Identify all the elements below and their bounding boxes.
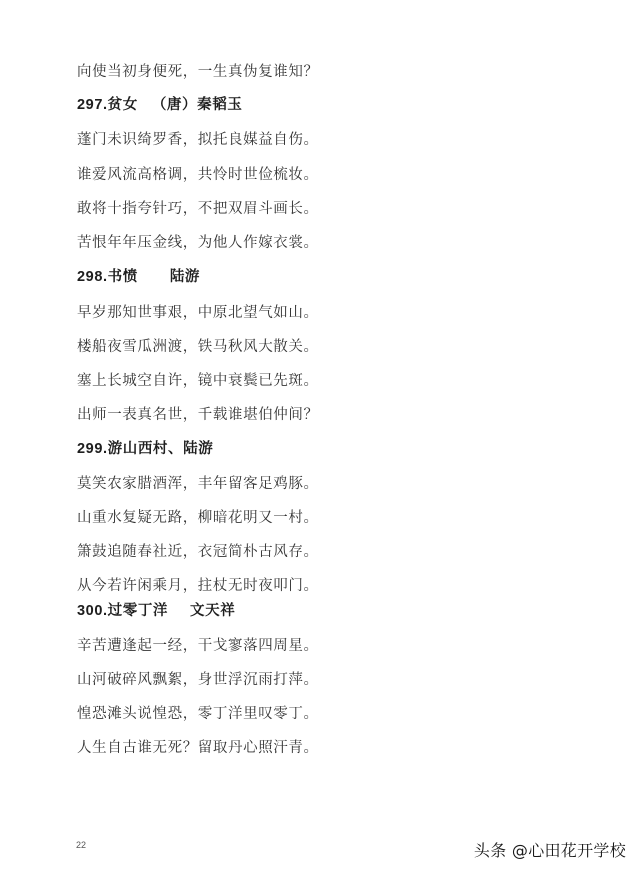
watermark: 头条 @心田花开学校 <box>474 838 626 861</box>
poem-verse-line: 从今若许闲乘月，拄杖无时夜叩门。 <box>77 576 319 596</box>
poem-author: 文天祥 <box>190 602 235 619</box>
poem-verse-line: 惶恐滩头说惶恐，零丁洋里叹零丁。 <box>77 704 319 724</box>
poem-title-text: 书愤 <box>108 268 138 285</box>
poem-number: 299. <box>77 441 108 457</box>
poem-number: 297. <box>77 97 108 113</box>
poem-author: （唐）秦韬玉 <box>152 96 243 113</box>
poem-verse-line: 蓬门未识绮罗香，拟托良媒益自伤。 <box>77 130 319 150</box>
poem-title-text: 游山西村、陆游 <box>108 440 214 457</box>
poem-verse-line: 楼船夜雪瓜洲渡，铁马秋风大散关。 <box>77 337 319 357</box>
poem-verse-line: 谁爱风流高格调，共怜时世俭梳妆。 <box>77 165 319 185</box>
poem-number: 300. <box>77 603 108 619</box>
poem-verse-line: 早岁那知世事艰，中原北望气如山。 <box>77 303 319 323</box>
poem-title: 300.过零丁洋文天祥 <box>77 601 235 621</box>
page-number: 22 <box>76 840 86 850</box>
document-page: 向使当初身便死，一生真伪复谁知？297.贫女（唐）秦韬玉蓬门未识绮罗香，拟托良媒… <box>0 0 640 872</box>
poem-verse-line: 敢将十指夸针巧，不把双眉斗画长。 <box>77 199 319 219</box>
poem-verse-line: 塞上长城空自许，镜中衰鬓已先斑。 <box>77 371 319 391</box>
poem-verse-line: 出师一表真名世，千载谁堪伯仲间？ <box>77 405 319 425</box>
poem-verse-line: 辛苦遭逢起一经，干戈寥落四周星。 <box>77 636 319 656</box>
poem-number: 298. <box>77 269 108 285</box>
poem-verse-line: 山重水复疑无路，柳暗花明又一村。 <box>77 508 319 528</box>
poem-verse-line: 向使当初身便死，一生真伪复谁知？ <box>77 62 319 82</box>
poem-title: 297.贫女（唐）秦韬玉 <box>77 95 242 115</box>
poem-title: 298.书愤陆游 <box>77 267 200 287</box>
poem-verse-line: 苦恨年年压金线，为他人作嫁衣裳。 <box>77 233 319 253</box>
poem-verse-line: 人生自古谁无死？留取丹心照汗青。 <box>77 738 319 758</box>
poem-verse-line: 莫笑农家腊酒浑，丰年留客足鸡豚。 <box>77 474 319 494</box>
poem-title-text: 贫女 <box>108 96 138 113</box>
poem-title: 299.游山西村、陆游 <box>77 439 213 459</box>
poem-verse-line: 箫鼓追随春社近，衣冠简朴古风存。 <box>77 542 319 562</box>
poem-title-text: 过零丁洋 <box>108 602 168 619</box>
poem-author: 陆游 <box>170 268 200 285</box>
poem-verse-line: 山河破碎风飘絮，身世浮沉雨打萍。 <box>77 670 319 690</box>
